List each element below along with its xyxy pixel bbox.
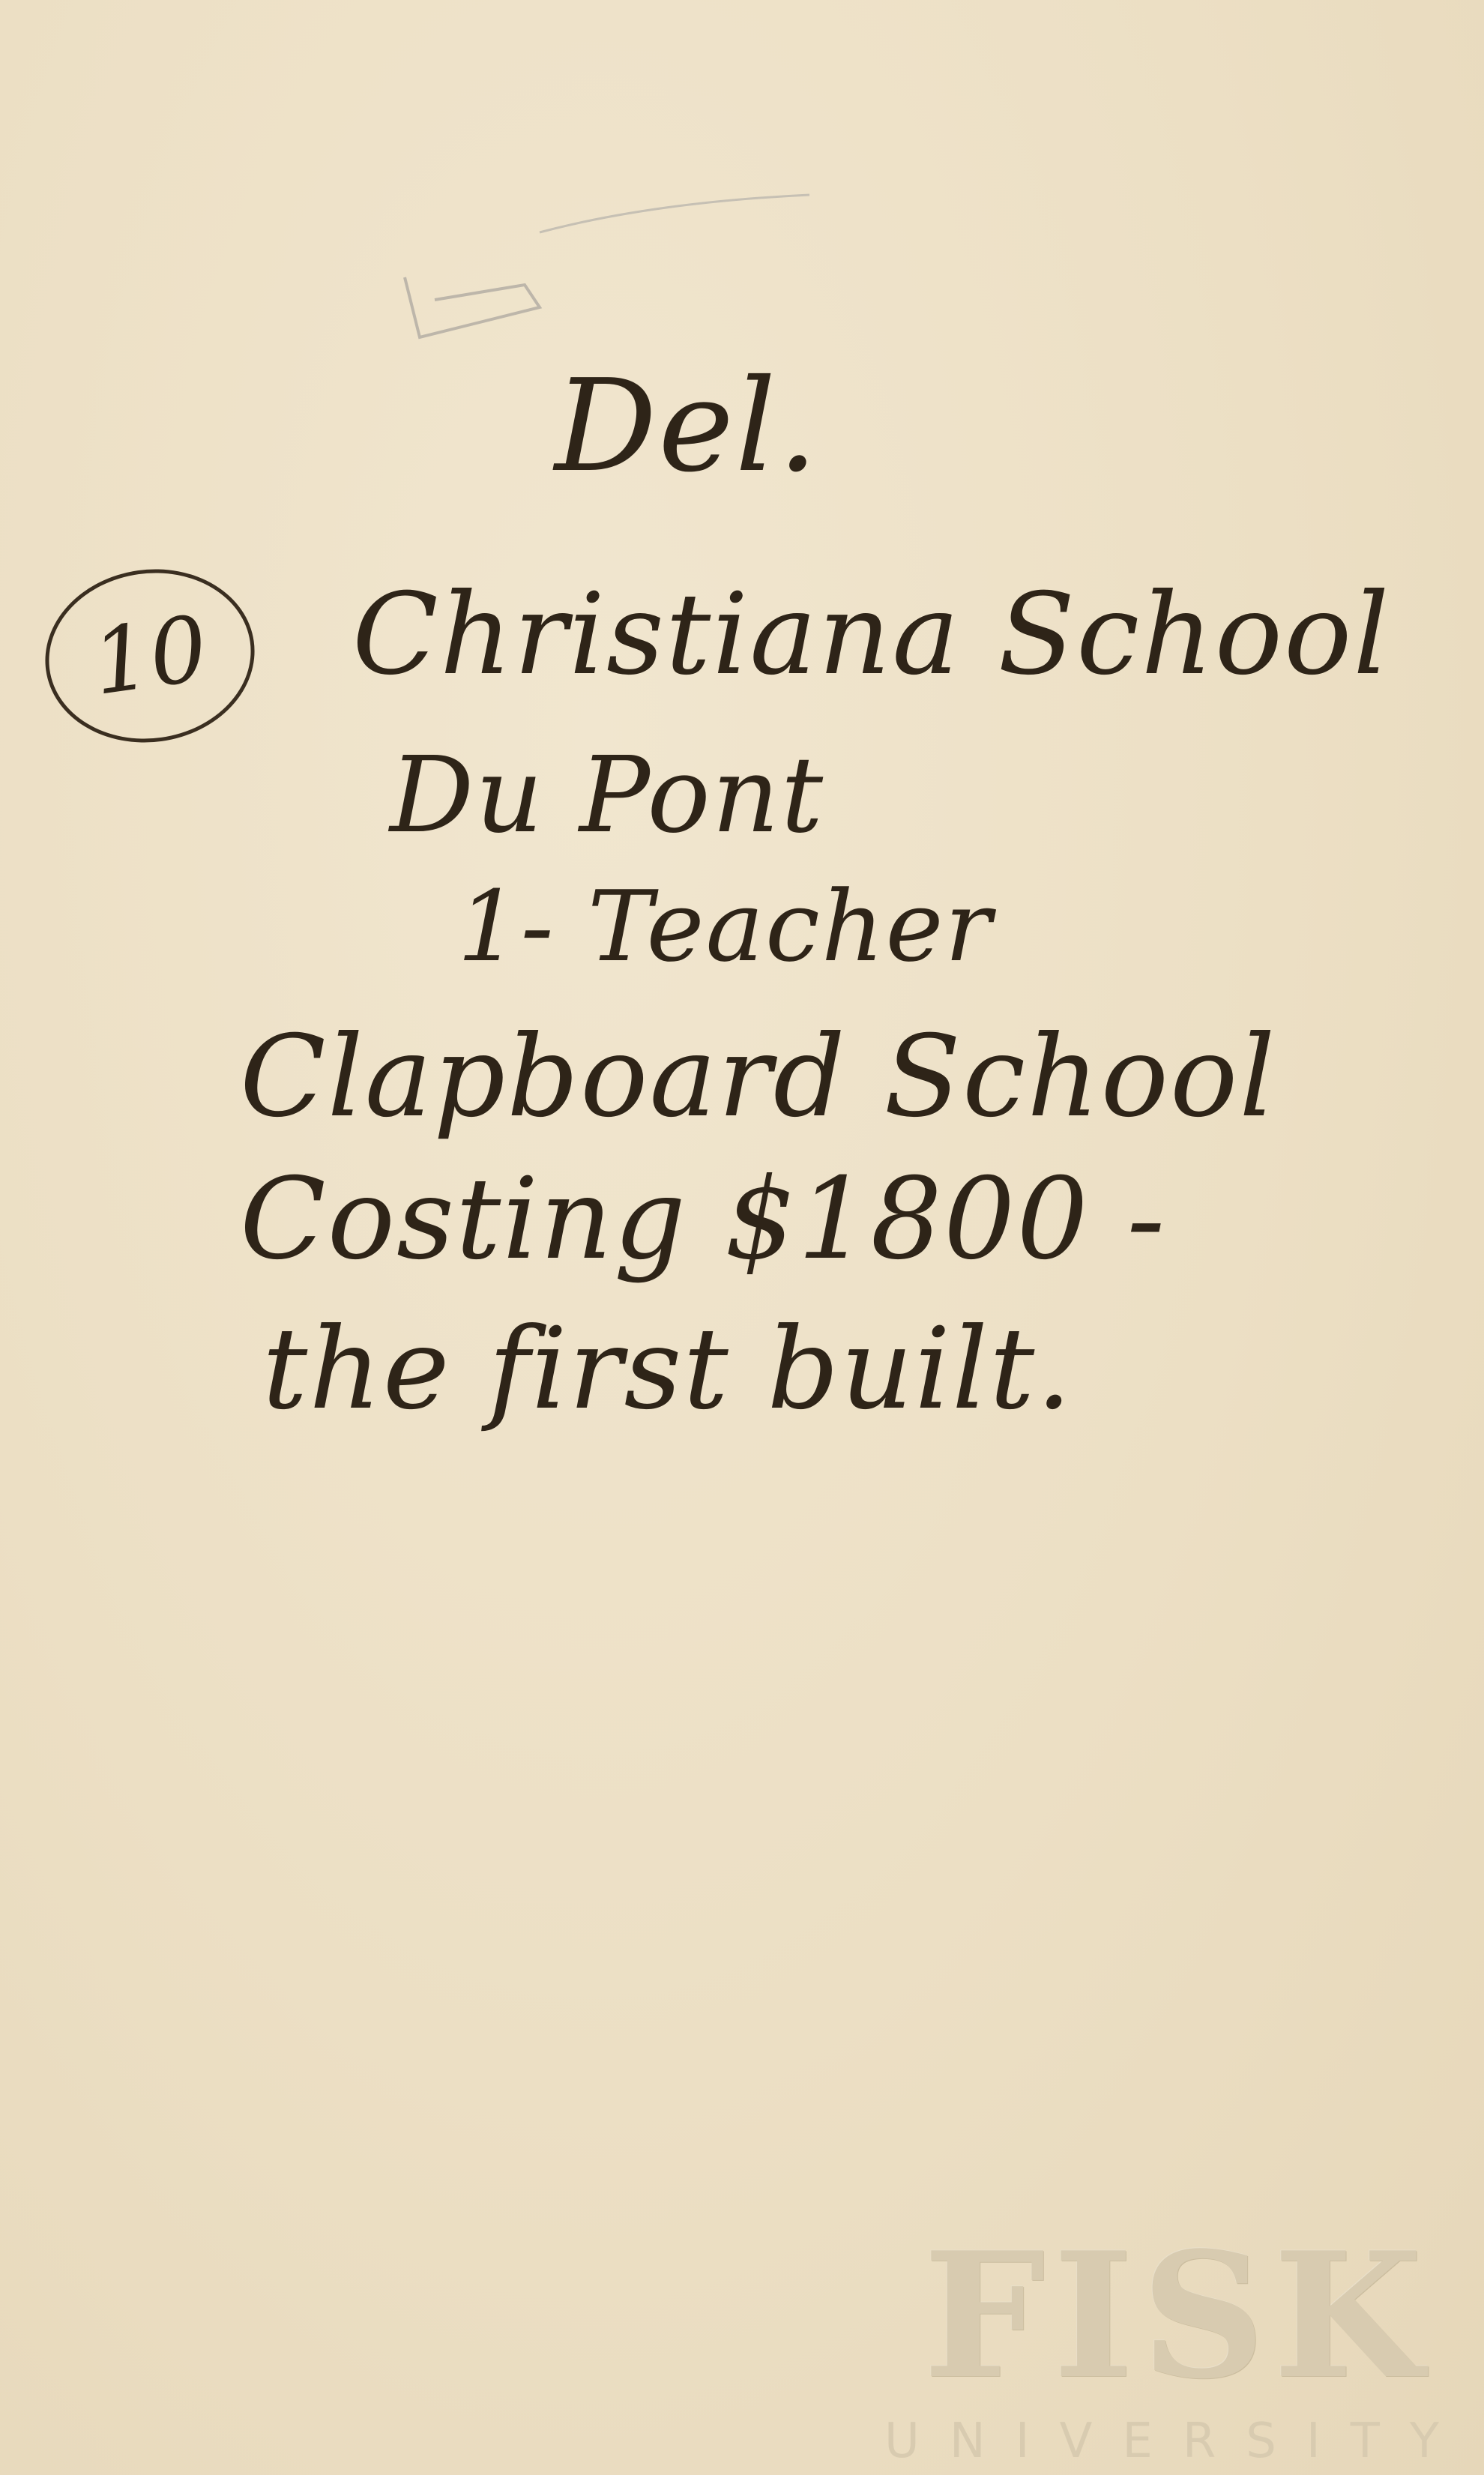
watermark-subtitle: UNIVERSITY	[884, 2414, 1469, 2469]
teacher-count: 1- Teacher	[457, 869, 993, 983]
cost-line: Costing $1800 -	[240, 1154, 1166, 1285]
fisk-university-watermark: FISK UNIVERSITY	[884, 2226, 1469, 2466]
school-name: Christiana School	[352, 570, 1390, 700]
donor-name: Du Pont	[390, 735, 824, 857]
note-line: the first built.	[262, 1304, 1073, 1435]
watermark-title: FISK	[884, 2226, 1469, 2406]
state-abbreviation: Del.	[555, 352, 819, 501]
archival-card: Del. 10 Christiana School Du Pont 1- Tea…	[0, 0, 1484, 2475]
construction-type: Clapboard School	[240, 1012, 1276, 1142]
circled-number: 10	[34, 556, 265, 756]
